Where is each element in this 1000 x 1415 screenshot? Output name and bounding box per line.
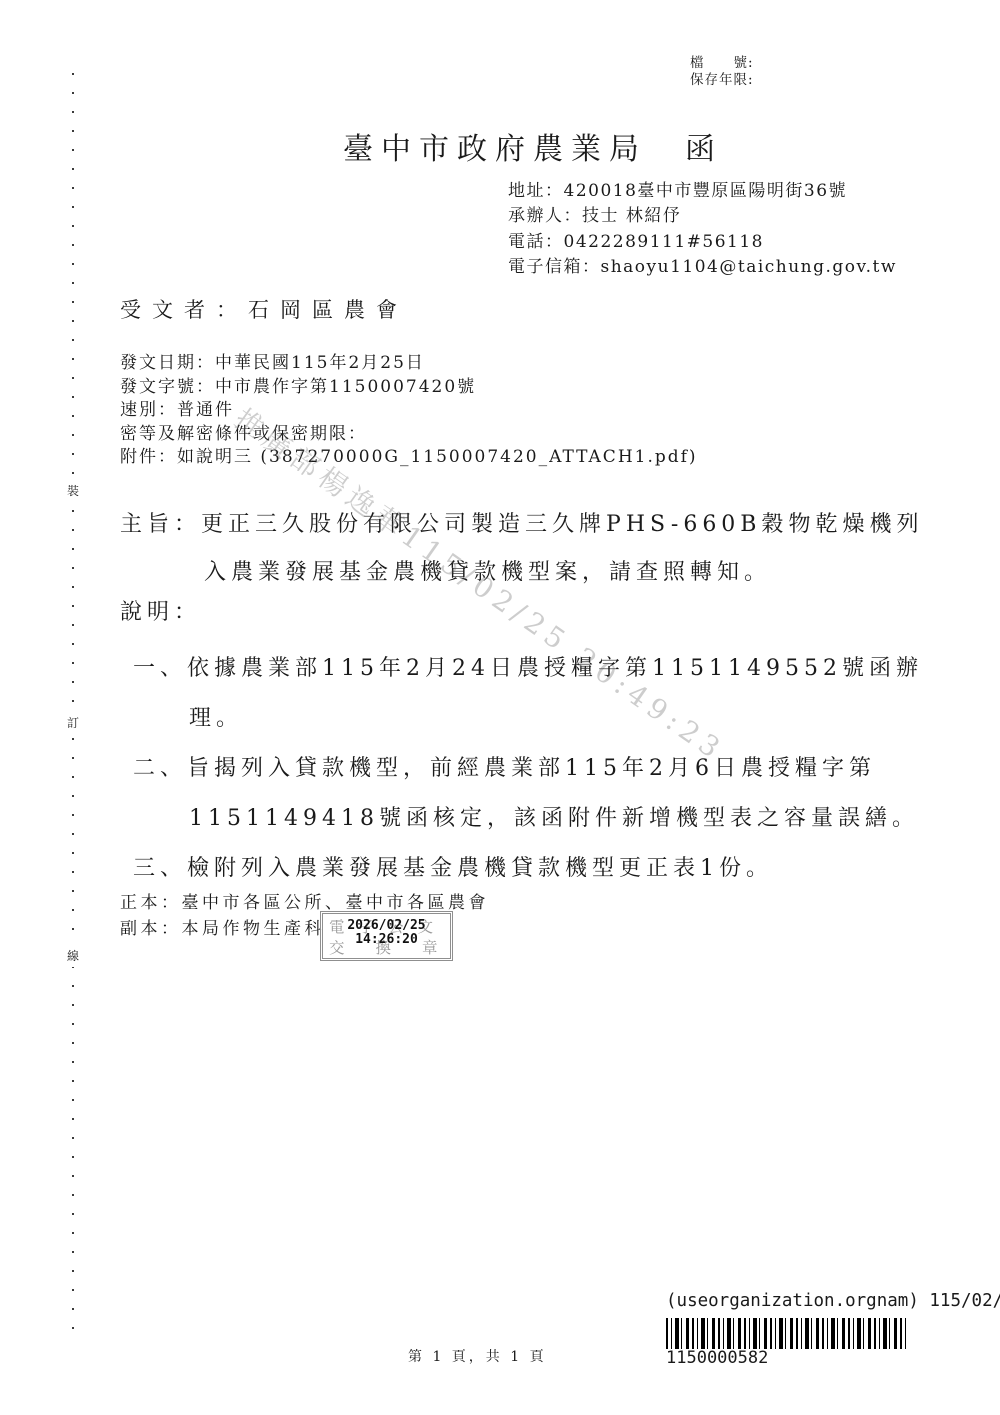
document-title: 臺中市政府農業局 函 <box>343 124 723 168</box>
sender-email: 電子信箱：shaoyu1104@taichung.gov.tw <box>508 255 897 280</box>
recipient-line: 受文者：石岡區農會 <box>120 294 408 324</box>
item-text: 檢附列入農業發展基金農機貸款機型更正表1份。 <box>187 856 773 881</box>
margin-marker-xian: 線 <box>64 944 82 967</box>
description-item-3: 三、檢附列入農業發展基金農機貸款機型更正表1份。 <box>133 844 933 894</box>
description-item-1: 一、依據農業部115年2月24日農授糧字第1151149552號函辦 理。 <box>133 644 933 744</box>
security-line: 密等及解密條件或保密期限： <box>120 423 698 447</box>
speed-line: 速別：普通件 <box>120 399 698 423</box>
barcode <box>666 1318 906 1349</box>
item-text: 依據農業部115年2月24日農授糧字第1151149552號函辦 理。 <box>187 656 923 731</box>
description-item-2: 二、旨揭列入貸款機型，前經農業部115年2月6日農授糧字第 1151149418… <box>133 744 933 844</box>
attachment-line: 附件：如說明三 (387270000G_1150007420_ATTACH1.p… <box>120 446 698 470</box>
item-text: 旨揭列入貸款機型，前經農業部115年2月6日農授糧字第 1151149418號函… <box>187 756 919 831</box>
item-number: 一、 <box>133 656 187 681</box>
doc-number-line: 發文字號：中市農作字第1150007420號 <box>120 376 698 400</box>
subject-label: 主旨： <box>120 512 201 537</box>
binding-dotted-line <box>72 73 74 1331</box>
file-number-block: 檔 號: 保存年限: <box>690 55 754 89</box>
item-number: 二、 <box>133 756 187 781</box>
retention-period-label: 保存年限: <box>690 72 754 89</box>
sender-address: 地址：420018臺中市豐原區陽明街36號 <box>508 179 897 204</box>
page-number-footer: 第 1 頁，共 1 頁 <box>408 1346 547 1366</box>
subject-text: 更正三久股份有限公司製造三久牌PHS-660B穀物乾燥機列 入農業發展基金農機貸… <box>201 512 923 585</box>
org-name-line: (useorganization.orgnam) 115/02/25 <box>666 1291 1000 1311</box>
description-label: 說明： <box>120 595 201 626</box>
margin-marker-ding: 訂 <box>64 711 82 734</box>
description-list: 一、依據農業部115年2月24日農授糧字第1151149552號函辦 理。 二、… <box>133 644 933 894</box>
margin-marker-zhuang: 裝 <box>64 479 82 502</box>
sender-phone: 電話：0422289111#56118 <box>508 230 897 255</box>
file-number-label: 檔 號: <box>690 55 754 72</box>
issue-date-line: 發文日期：中華民國115年2月25日 <box>120 352 698 376</box>
stamp-time: 14:26:20 <box>323 933 450 947</box>
sender-contact-person: 承辦人：技士 林紹伃 <box>508 204 897 229</box>
official-letter-page: 檔 號: 保存年限: 臺中市政府農業局 函 地址：420018臺中市豐原區陽明街… <box>0 0 1000 1415</box>
sender-contact-block: 地址：420018臺中市豐原區陽明街36號 承辦人：技士 林紹伃 電話：0422… <box>508 179 897 281</box>
subject-paragraph: 主旨：更正三久股份有限公司製造三久牌PHS-660B穀物乾燥機列 入農業發展基金… <box>120 501 1000 597</box>
document-meta-block: 發文日期：中華民國115年2月25日 發文字號：中市農作字第1150007420… <box>120 352 698 470</box>
stamp-date: 2026/02/25 <box>323 919 450 933</box>
item-number: 三、 <box>133 856 187 881</box>
barcode-number: 1150000582 <box>666 1348 768 1368</box>
stamp-datetime: 2026/02/25 14:26:20 <box>323 919 450 947</box>
electronic-exchange-stamp: 電子公文 交換章 2026/02/25 14:26:20 <box>320 911 453 961</box>
